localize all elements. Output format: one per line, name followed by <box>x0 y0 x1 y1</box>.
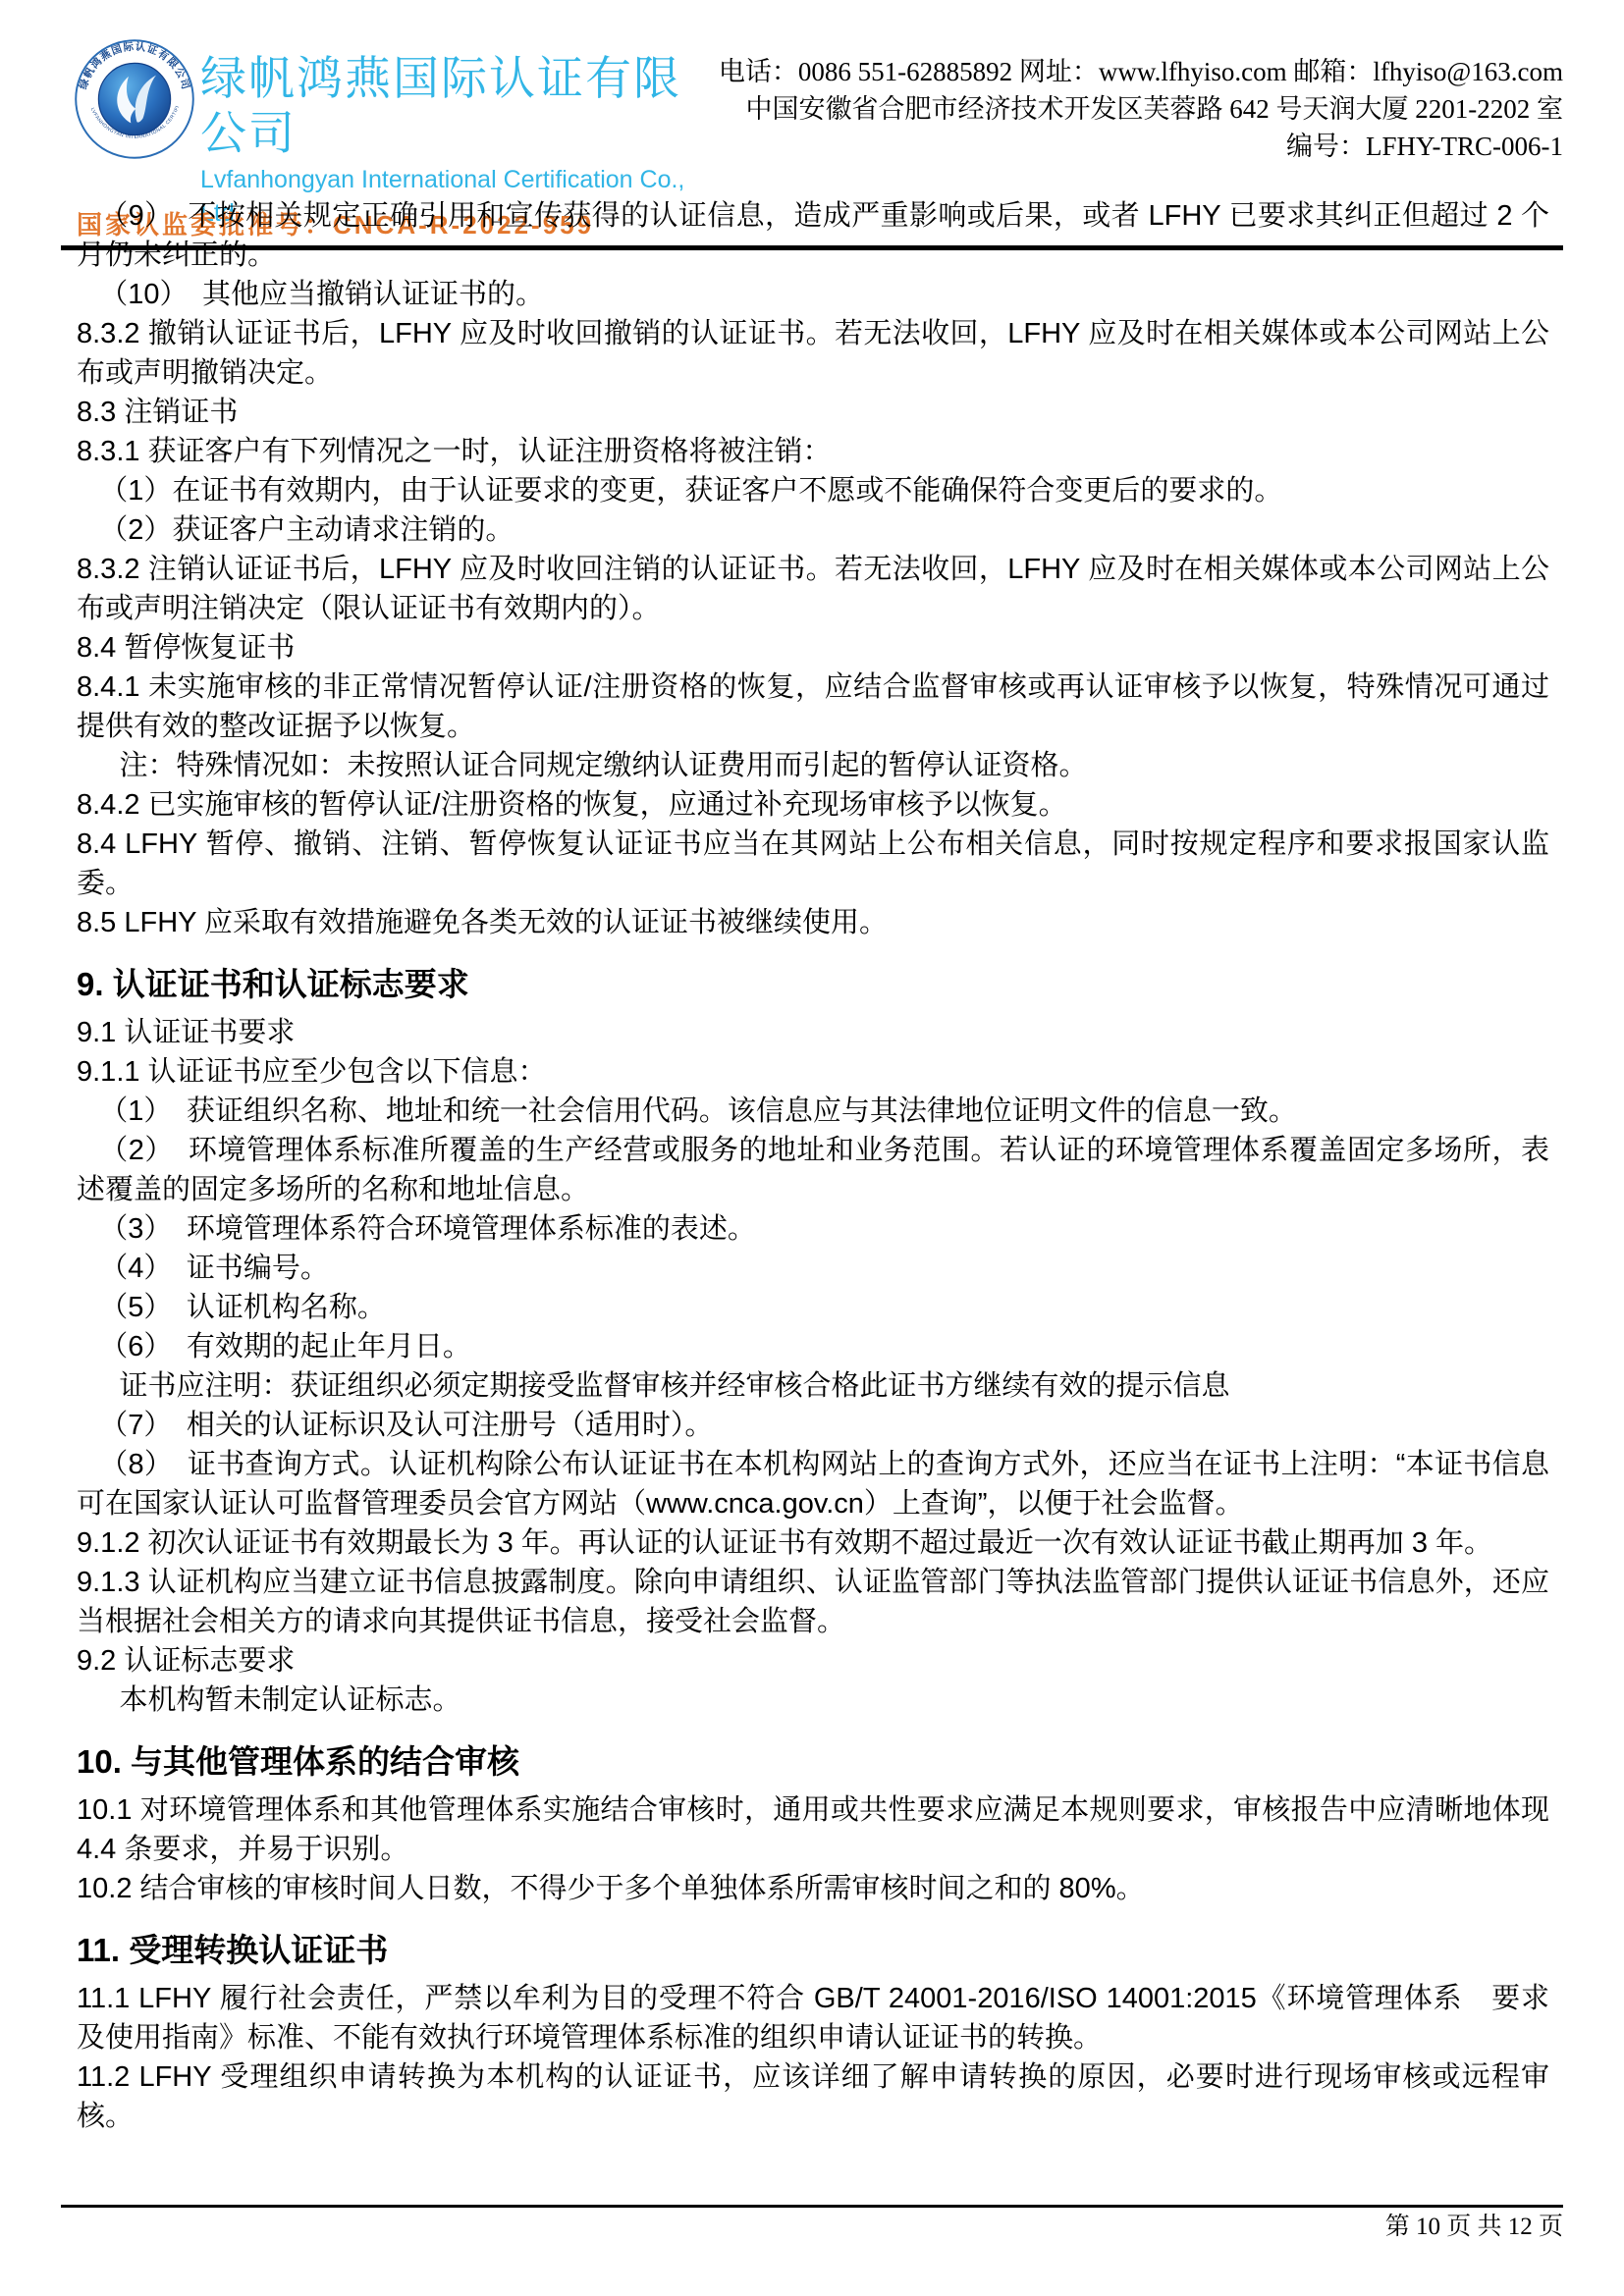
paragraph: 8.3.2 注销认证证书后，LFHY 应及时收回注销的认证证书。若无法收回，LF… <box>77 550 1549 628</box>
doc-number: 编号：LFHY-TRC-006-1 <box>719 128 1563 165</box>
paragraph: 8.3 注销证书 <box>77 393 1549 432</box>
section-heading: 10. 与其他管理体系的结合审核 <box>77 1741 1549 1783</box>
address-line: 中国安徽省合肥市经济技术开发区芙蓉路 642 号天润大厦 2201-2202 室 <box>719 90 1563 128</box>
paragraph: （6） 有效期的起止年月日。 <box>77 1327 1549 1366</box>
paragraph: 证书应注明：获证组织必须定期接受监督审核并经审核合格此证书方继续有效的提示信息 <box>77 1366 1549 1406</box>
paragraph: 本机构暂未制定认证标志。 <box>77 1681 1549 1720</box>
paragraph: 9.1 认证证书要求 <box>77 1013 1549 1052</box>
paragraph: 10.2 结合审核的审核时间人日数，不得少于多个单独体系所需审核时间之和的 80… <box>77 1869 1549 1908</box>
paragraph: （5） 认证机构名称。 <box>77 1288 1549 1327</box>
page-indicator: 第 10 页 共 12 页 <box>1385 2214 1563 2240</box>
company-name-cn: 绿帆鸿燕国际认证有限公司 <box>200 51 719 161</box>
paragraph: （7） 相关的认证标识及认可注册号（适用时）。 <box>77 1406 1549 1445</box>
paragraph: 8.4 LFHY 暂停、撤销、注销、暂停恢复认证证书应当在其网站上公布相关信息，… <box>77 825 1549 903</box>
page-footer: 第 10 页 共 12 页 <box>61 2205 1563 2245</box>
paragraph: （4） 证书编号。 <box>77 1249 1549 1288</box>
paragraph: （3） 环境管理体系符合环境管理体系标准的表述。 <box>77 1209 1549 1249</box>
paragraph: 注：特殊情况如：未按照认证合同规定缴纳认证费用而引起的暂停认证资格。 <box>77 746 1549 785</box>
paragraph: 11.2 LFHY 受理组织申请转换为本机构的认证证书，应该详细了解申请转换的原… <box>77 2057 1549 2136</box>
paragraph: （1）在证书有效期内，由于认证要求的变更，获证客户不愿或不能确保符合变更后的要求… <box>77 471 1549 510</box>
paragraph: 9.1.1 认证证书应至少包含以下信息： <box>77 1052 1549 1092</box>
paragraph: 8.3.2 撤销认证证书后，LFHY 应及时收回撤销的认证证书。若无法收回，LF… <box>77 314 1549 393</box>
company-contact-block: 电话：0086 551-62885892 网址：www.lfhyiso.com … <box>719 39 1563 165</box>
section-heading: 11. 受理转换认证证书 <box>77 1930 1549 1971</box>
paragraph: （1） 获证组织名称、地址和统一社会信用代码。该信息应与其法律地位证明文件的信息… <box>77 1092 1549 1131</box>
paragraph: 8.3.1 获证客户有下列情况之一时，认证注册资格将被注销： <box>77 432 1549 471</box>
paragraph: 8.5 LFHY 应采取有效措施避免各类无效的认证证书被继续使用。 <box>77 903 1549 942</box>
paragraph: 8.4.2 已实施审核的暂停认证/注册资格的恢复，应通过补充现场审核予以恢复。 <box>77 785 1549 825</box>
contact-line: 电话：0086 551-62885892 网址：www.lfhyiso.com … <box>719 53 1563 90</box>
paragraph: （10） 其他应当撤销认证证书的。 <box>77 275 1549 314</box>
paragraph: 9.1.3 认证机构应当建立证书信息披露制度。除向申请组织、认证监管部门等执法监… <box>77 1563 1549 1641</box>
paragraph: 8.4.1 未实施审核的非正常情况暂停认证/注册资格的恢复，应结合监督审核或再认… <box>77 667 1549 746</box>
paragraph: 9.1.2 初次认证证书有效期最长为 3 年。再认证的认证证书有效期不超过最近一… <box>77 1523 1549 1563</box>
paragraph: （2）获证客户主动请求注销的。 <box>77 510 1549 550</box>
paragraph: （8） 证书查询方式。认证机构除公布认证证书在本机构网站上的查询方式外，还应当在… <box>77 1445 1549 1523</box>
paragraph: 9.2 认证标志要求 <box>77 1641 1549 1681</box>
paragraph: 10.1 对环境管理体系和其他管理体系实施结合审核时，通用或共性要求应满足本规则… <box>77 1790 1549 1869</box>
document-body: （9） 不按相关规定正确引用和宣传获得的认证信息，造成严重影响或后果，或者 LF… <box>77 196 1549 2136</box>
paragraph: 8.4 暂停恢复证书 <box>77 628 1549 667</box>
company-seal-icon: 绿帆鸿燕国际认证有限公司 LVFANHONGYAN INTERNATIONAL … <box>75 39 194 159</box>
section-heading: 9. 认证证书和认证标志要求 <box>77 964 1549 1005</box>
paragraph: 11.1 LFHY 履行社会责任，严禁以牟利为目的受理不符合 GB/T 2400… <box>77 1979 1549 2057</box>
document-page: 绿帆鸿燕国际认证有限公司 LVFANHONGYAN INTERNATIONAL … <box>0 0 1624 2296</box>
paragraph: （9） 不按相关规定正确引用和宣传获得的认证信息，造成严重影响或后果，或者 LF… <box>77 196 1549 275</box>
paragraph: （2） 环境管理体系标准所覆盖的生产经营或服务的地址和业务范围。若认证的环境管理… <box>77 1131 1549 1209</box>
